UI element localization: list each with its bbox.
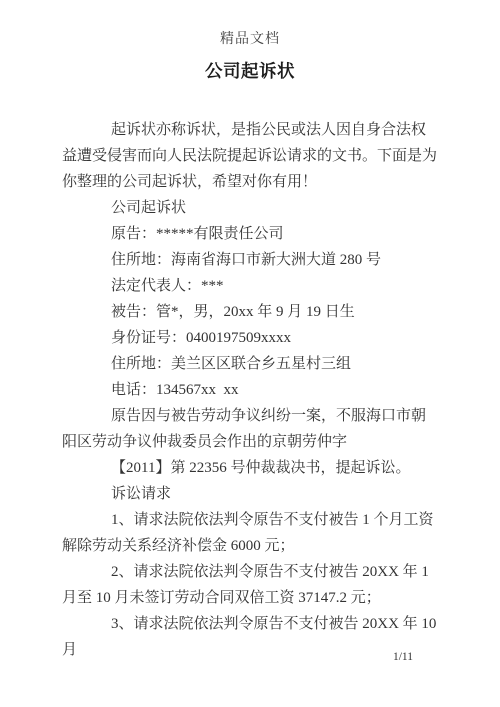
case-background-line: 原告因与被告劳动争议纠纷一案，不服海口市朝阳区劳动争议仲裁委员会作出的京朝劳仲字 xyxy=(62,403,440,455)
document-page: 精品文档 公司起诉状 起诉状亦称诉状，是指公民或法人因自身合法权益遭受侵害而向人… xyxy=(0,0,500,707)
claim-item-2: 2、请求法院依法判令原告不支付被告 20XX 年 1 月至 10 月未签订劳动合… xyxy=(62,559,440,611)
page-number: 1/11 xyxy=(393,650,413,664)
claims-heading: 诉讼请求 xyxy=(62,481,440,507)
legal-rep-line: 法定代表人：*** xyxy=(62,273,440,299)
header-watermark: 精品文档 xyxy=(0,0,500,47)
claim-item-1: 1、请求法院依法判令原告不支付被告 1 个月工资解除劳动关系经济补偿金 6000… xyxy=(62,507,440,559)
claim-item-3: 3、请求法院依法判令原告不支付被告 20XX 年 10 月 xyxy=(62,611,440,663)
defendant-address-line: 住所地：美兰区区联合乡五星村三组 xyxy=(62,351,440,377)
id-number-line: 身份证号：0400197509xxxx xyxy=(62,325,440,351)
phone-line: 电话：134567xx xx xyxy=(62,377,440,403)
plaintiff-line: 原告：*****有限责任公司 xyxy=(62,221,440,247)
arbitration-ref-line: 【2011】第 22356 号仲裁裁决书，提起诉讼。 xyxy=(62,455,440,481)
intro-paragraph: 起诉状亦称诉状，是指公民或法人因自身合法权益遭受侵害而向人民法院提起诉讼请求的文… xyxy=(62,117,440,195)
plaintiff-address-line: 住所地：海南省海口市新大洲大道 280 号 xyxy=(62,247,440,273)
document-title: 公司起诉状 xyxy=(0,61,500,81)
subtitle-line: 公司起诉状 xyxy=(62,195,440,221)
defendant-line: 被告：管*，男，20xx 年 9 月 19 日生 xyxy=(62,299,440,325)
document-body: 起诉状亦称诉状，是指公民或法人因自身合法权益遭受侵害而向人民法院提起诉讼请求的文… xyxy=(62,117,440,663)
